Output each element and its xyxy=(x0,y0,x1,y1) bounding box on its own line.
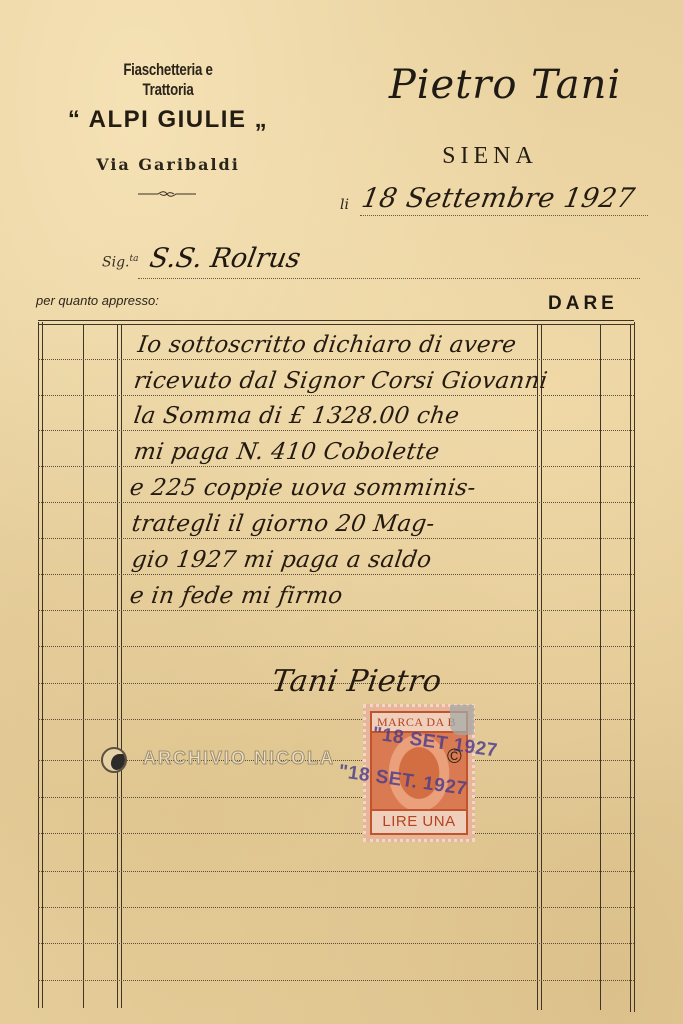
stamp-value-label: LIRE UNA xyxy=(372,809,466,833)
ledger-row-line xyxy=(38,719,634,720)
business-name: “ ALPI GIULIE „ xyxy=(36,106,300,134)
archive-watermark: ARCHIVIO NICOLA xyxy=(143,748,335,769)
date-dotted-line xyxy=(360,215,648,216)
ledger-row-line xyxy=(38,502,634,503)
ledger-row-line xyxy=(38,574,634,575)
proprietor-name: Pietro Tani xyxy=(345,62,665,108)
column-rule xyxy=(42,322,43,1008)
recipient-name: S.S. Rolrus xyxy=(147,243,303,274)
signature: Tani Pietro xyxy=(270,664,444,699)
ledger-row-line xyxy=(38,646,634,647)
column-rule xyxy=(121,324,122,1008)
business-address: Via Garibaldi xyxy=(60,155,276,174)
body-line: ricevuto dal Signor Corsi Giovanni xyxy=(132,368,549,394)
per-quanto-label: per quanto appresso: xyxy=(36,293,159,308)
ledger-row-line xyxy=(38,943,634,944)
business-type: Fiaschetteria e Trattoria xyxy=(99,60,236,100)
ledger-row-line xyxy=(38,980,634,981)
recipient-dotted-line xyxy=(138,278,640,279)
stamp-torn-corner xyxy=(450,705,474,735)
ledger-row-line xyxy=(38,760,634,761)
body-line: gio 1927 mi paga a saldo xyxy=(130,547,433,573)
ledger-row-line xyxy=(38,359,634,360)
ornament-divider-icon xyxy=(138,190,196,198)
salutation-superscript: ta xyxy=(129,254,138,264)
ledger-row-line xyxy=(38,907,634,908)
copyright-icon: © xyxy=(447,746,462,769)
recipient-salutation: Sig.ta xyxy=(102,254,138,271)
dare-column-label: DARE xyxy=(548,293,618,315)
column-rule xyxy=(38,322,39,1008)
ledger-row-line xyxy=(38,833,634,834)
body-line: mi paga N. 410 Cobolette xyxy=(132,439,441,465)
column-rule xyxy=(634,322,635,1012)
ledger-row-line xyxy=(38,538,634,539)
ledger-row-line xyxy=(38,466,634,467)
archive-logo-icon xyxy=(101,747,127,773)
city-name: SIENA xyxy=(400,143,580,170)
body-line: Io sottoscritto dichiaro di avere xyxy=(136,332,518,358)
body-line: trategli il giorno 20 Mag- xyxy=(130,511,436,537)
salutation-text: Sig. xyxy=(102,255,129,271)
ledger-row-line xyxy=(38,395,634,396)
column-rule xyxy=(83,324,84,1008)
ledger-row-line xyxy=(38,610,634,611)
body-line: e in fede mi firmo xyxy=(128,583,344,609)
table-top-rule-inner xyxy=(38,324,634,325)
ledger-row-line xyxy=(38,430,634,431)
table-top-rule xyxy=(38,320,634,321)
body-line: e 225 coppie uova somminis- xyxy=(128,475,477,501)
date-prefix: li xyxy=(340,197,349,213)
column-rule xyxy=(117,324,118,1008)
handwritten-date: 18 Settembre 1927 xyxy=(359,183,637,214)
column-rule xyxy=(630,324,631,1012)
ledger-row-line xyxy=(38,797,634,798)
ledger-row-line xyxy=(38,871,634,872)
body-line: la Somma di £ 1328.00 che xyxy=(132,403,461,429)
